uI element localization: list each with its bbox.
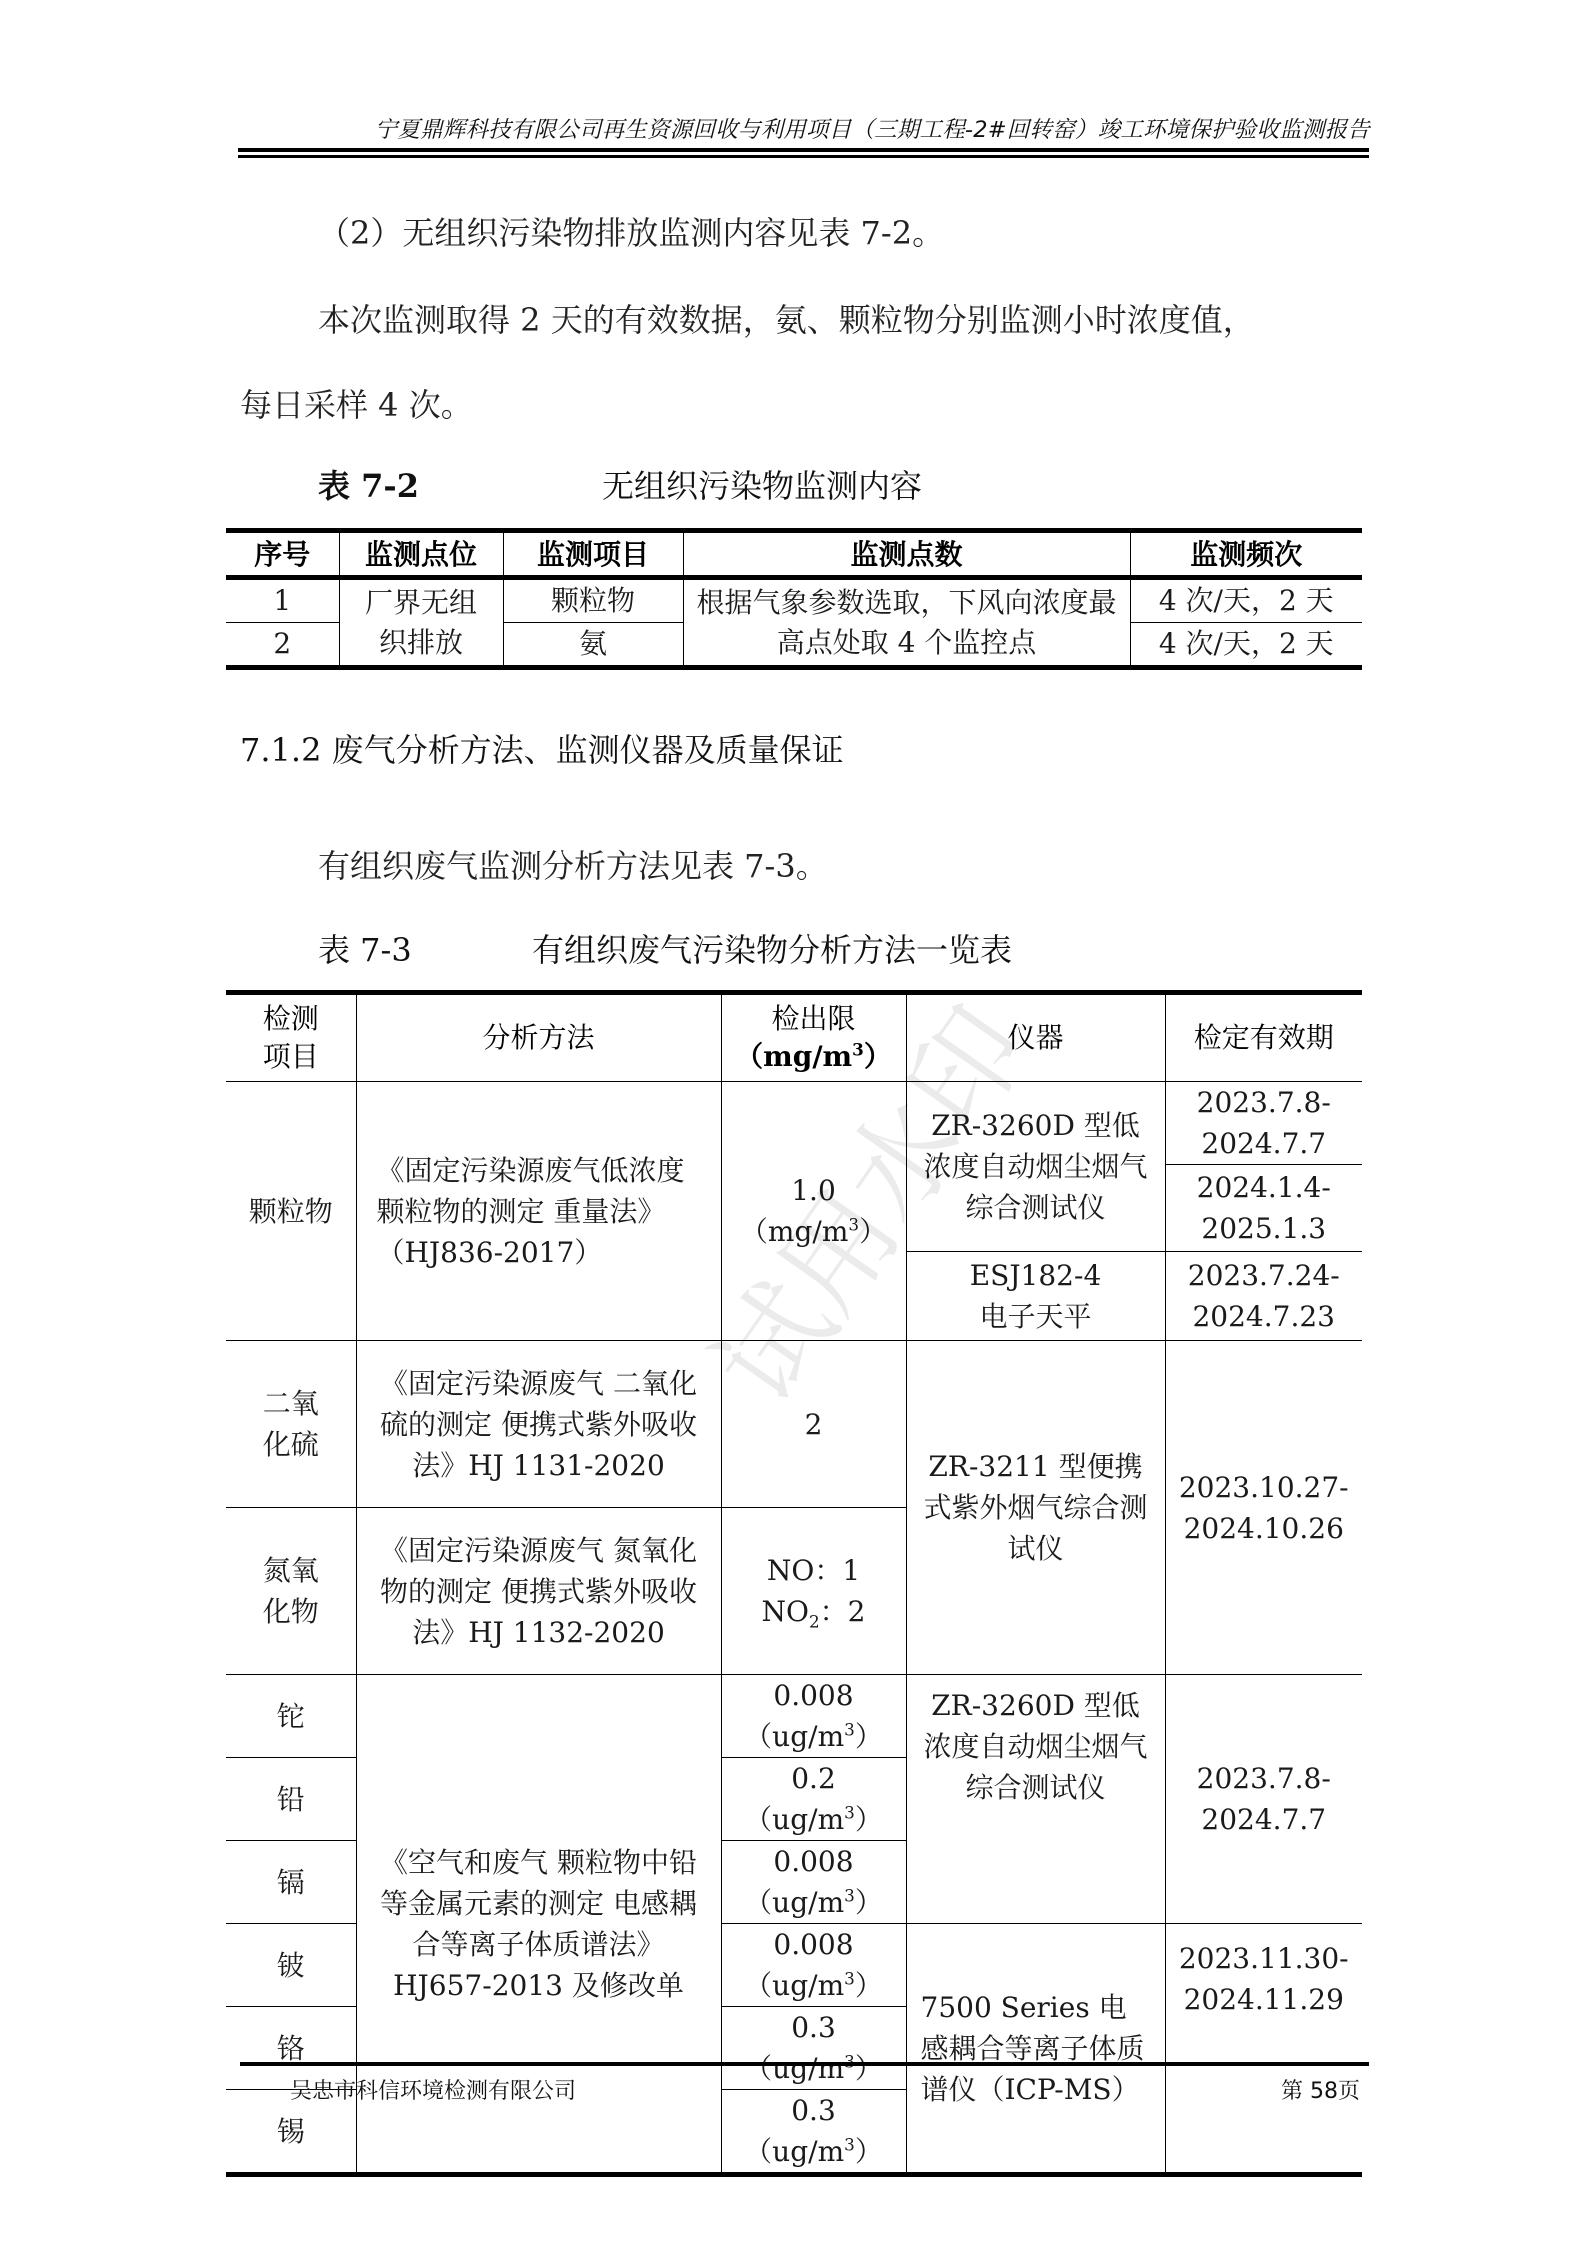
paragraph-table72-intro: （2）无组织污染物排放监测内容见表 7-2。 bbox=[318, 213, 944, 253]
cell-limit: 0.008（ug/m3） bbox=[721, 1841, 906, 1924]
paragraph-table73-intro: 有组织废气监测分析方法见表 7-3。 bbox=[318, 846, 828, 886]
header-divider-secondary bbox=[238, 155, 1369, 158]
table-unorganized-monitoring: 序号 监测点位 监测项目 监测点数 监测频次 1 厂界无组织排放 颗粒物 根据气… bbox=[226, 528, 1362, 670]
column-header-location: 监测点位 bbox=[339, 531, 503, 578]
report-header-title: 宁夏鼎辉科技有限公司再生资源回收与利用项目（三期工程-2#回转窑）竣工环境保护验… bbox=[240, 112, 1370, 144]
cell-instrument-dust-tester: ZR-3260D 型低浓度自动烟尘烟气综合测试仪 bbox=[906, 1082, 1165, 1252]
cell-validity-metals-2: 2023.11.30-2024.11.29 bbox=[1165, 1924, 1362, 2175]
cell-instrument-gas-tester: ZR-3211 型便携式紫外烟气综合测试仪 bbox=[906, 1341, 1165, 1675]
table-row: 1 厂界无组织排放 颗粒物 根据气象参数选取，下风向浓度最高点处取 4 个监控点… bbox=[226, 578, 1362, 623]
column-header-instrument: 仪器 bbox=[906, 993, 1165, 1082]
cell-validity: 2024.1.4-2025.1.3 bbox=[1165, 1165, 1362, 1252]
table-row-metal: 铊 《空气和废气 颗粒物中铅等金属元素的测定 电感耦合等离子体质谱法》HJ657… bbox=[226, 1675, 1362, 1758]
table-header-row: 检测项目 分析方法 检出限 （mg/m3） 仪器 检定有效期 bbox=[226, 993, 1362, 1082]
column-header-frequency: 监测频次 bbox=[1130, 531, 1362, 578]
cell-item-lead: 铅 bbox=[226, 1758, 356, 1841]
cell-no: 1 bbox=[226, 578, 339, 623]
cell-instrument-icpms: 7500 Series 电感耦合等离子体质谱仪（ICP-MS） bbox=[906, 1924, 1165, 2175]
cell-item-so2: 二氧化硫 bbox=[226, 1341, 356, 1508]
header-divider bbox=[238, 148, 1369, 152]
footer-page-number: 第 58页 bbox=[1270, 2074, 1360, 2105]
cell-validity: 2023.7.24-2024.7.23 bbox=[1165, 1252, 1362, 1341]
paragraph-sampling-description: 本次监测取得 2 天的有效数据，氨、颗粒物分别监测小时浓度值， bbox=[318, 300, 1255, 340]
table73-caption-number: 表 7-3 bbox=[318, 930, 412, 970]
cell-limit-particulate: 1.0（mg/m3） bbox=[721, 1082, 906, 1341]
cell-method-so2: 《固定污染源废气 二氧化硫的测定 便携式紫外吸收法》HJ 1131-2020 bbox=[356, 1341, 721, 1508]
cell-limit-nox: NO：1 NO2：2 bbox=[721, 1508, 906, 1675]
cell-item-thallium: 铊 bbox=[226, 1675, 356, 1758]
cell-no: 2 bbox=[226, 623, 339, 668]
column-header-item: 监测项目 bbox=[503, 531, 683, 578]
column-header-points: 监测点数 bbox=[683, 531, 1130, 578]
cell-item: 氨 bbox=[503, 623, 683, 668]
table73-caption-title: 有组织废气污染物分析方法一览表 bbox=[532, 930, 1012, 970]
cell-limit-so2: 2 bbox=[721, 1341, 906, 1508]
table-analysis-methods: 检测项目 分析方法 检出限 （mg/m3） 仪器 检定有效期 颗粒物 《固定污染… bbox=[226, 990, 1362, 2177]
column-header-method: 分析方法 bbox=[356, 993, 721, 1082]
column-header-no: 序号 bbox=[226, 531, 339, 578]
table-row-particulate: 颗粒物 《固定污染源废气低浓度颗粒物的测定 重量法》（HJ836-2017） 1… bbox=[226, 1082, 1362, 1165]
cell-location: 厂界无组织排放 bbox=[339, 578, 503, 668]
limit-header-label: 检出限 bbox=[771, 1002, 855, 1035]
table-row-so2: 二氧化硫 《固定污染源废气 二氧化硫的测定 便携式紫外吸收法》HJ 1131-2… bbox=[226, 1341, 1362, 1508]
cell-limit: 0.008（ug/m3） bbox=[721, 1924, 906, 2007]
cell-frequency: 4 次/天，2 天 bbox=[1130, 623, 1362, 668]
cell-validity: 2023.7.8-2024.7.7 bbox=[1165, 1082, 1362, 1165]
cell-limit: 0.3（ug/m3） bbox=[721, 2007, 906, 2090]
paragraph-sampling-frequency: 每日采样 4 次。 bbox=[240, 385, 473, 425]
cell-item-cadmium: 镉 bbox=[226, 1841, 356, 1924]
cell-item-particulate: 颗粒物 bbox=[226, 1082, 356, 1341]
section-heading: 7.1.2 废气分析方法、监测仪器及质量保证 bbox=[240, 730, 844, 770]
cell-item-beryllium: 铍 bbox=[226, 1924, 356, 2007]
cell-limit: 0.3（ug/m3） bbox=[721, 2090, 906, 2175]
cell-item-nox: 氮氧化物 bbox=[226, 1508, 356, 1675]
cell-instrument-dust-tester-metals: ZR-3260D 型低浓度自动烟尘烟气综合测试仪 bbox=[906, 1675, 1165, 1924]
cell-validity-metals-1: 2023.7.8-2024.7.7 bbox=[1165, 1675, 1362, 1924]
column-header-limit: 检出限 （mg/m3） bbox=[721, 993, 906, 1082]
table72-caption-title: 无组织污染物监测内容 bbox=[602, 466, 922, 506]
cell-frequency: 4 次/天，2 天 bbox=[1130, 578, 1362, 623]
cell-method-particulate: 《固定污染源废气低浓度颗粒物的测定 重量法》（HJ836-2017） bbox=[356, 1082, 721, 1341]
cell-method-nox: 《固定污染源废气 氮氧化物的测定 便携式紫外吸收法》HJ 1132-2020 bbox=[356, 1508, 721, 1675]
cell-points: 根据气象参数选取，下风向浓度最高点处取 4 个监控点 bbox=[683, 578, 1130, 668]
column-header-item: 检测项目 bbox=[226, 993, 356, 1082]
cell-item: 颗粒物 bbox=[503, 578, 683, 623]
footer-divider bbox=[240, 2062, 1369, 2066]
cell-limit: 0.2（ug/m3） bbox=[721, 1758, 906, 1841]
table-header-row: 序号 监测点位 监测项目 监测点数 监测频次 bbox=[226, 531, 1362, 578]
cell-validity-gas: 2023.10.27-2024.10.26 bbox=[1165, 1341, 1362, 1675]
footer-company: 吴忠市科信环境检测有限公司 bbox=[290, 2074, 576, 2105]
table72-caption-number: 表 7-2 bbox=[318, 466, 419, 506]
limit-header-unit: （mg/m3） bbox=[735, 1040, 892, 1073]
cell-limit: 0.008（ug/m3） bbox=[721, 1675, 906, 1758]
cell-instrument-balance: ESJ182-4 电子天平 bbox=[906, 1252, 1165, 1341]
column-header-validity: 检定有效期 bbox=[1165, 993, 1362, 1082]
